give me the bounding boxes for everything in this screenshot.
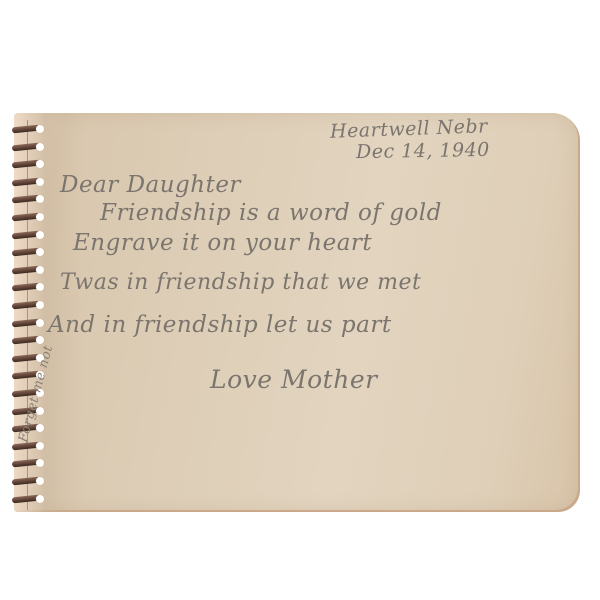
inscription-salutation: Dear Daughter (60, 172, 241, 198)
punch-hole (36, 195, 44, 203)
verse-line-4: And in friendship let us part (48, 312, 392, 338)
spiral-binding (6, 118, 46, 518)
verse-line-2: Engrave it on your heart (73, 230, 372, 256)
verse-line-3: Twas in friendship that we met (60, 270, 421, 295)
punch-hole (36, 442, 44, 450)
punch-hole (36, 495, 44, 503)
punch-hole (36, 125, 44, 133)
inscription-date: Dec 14, 1940 (356, 139, 490, 163)
punch-hole (36, 459, 44, 467)
punch-hole (36, 178, 44, 186)
punch-hole (36, 477, 44, 485)
punch-hole (36, 301, 44, 309)
punch-hole (36, 319, 44, 327)
punch-hole (36, 231, 44, 239)
punch-hole (36, 160, 44, 168)
punch-hole (36, 424, 44, 432)
inscription-signature: Love Mother (210, 365, 378, 394)
punch-hole (36, 266, 44, 274)
punch-hole (36, 213, 44, 221)
punch-hole (36, 283, 44, 291)
punch-hole (36, 143, 44, 151)
verse-line-1: Friendship is a word of gold (100, 200, 442, 226)
punch-hole (36, 248, 44, 256)
